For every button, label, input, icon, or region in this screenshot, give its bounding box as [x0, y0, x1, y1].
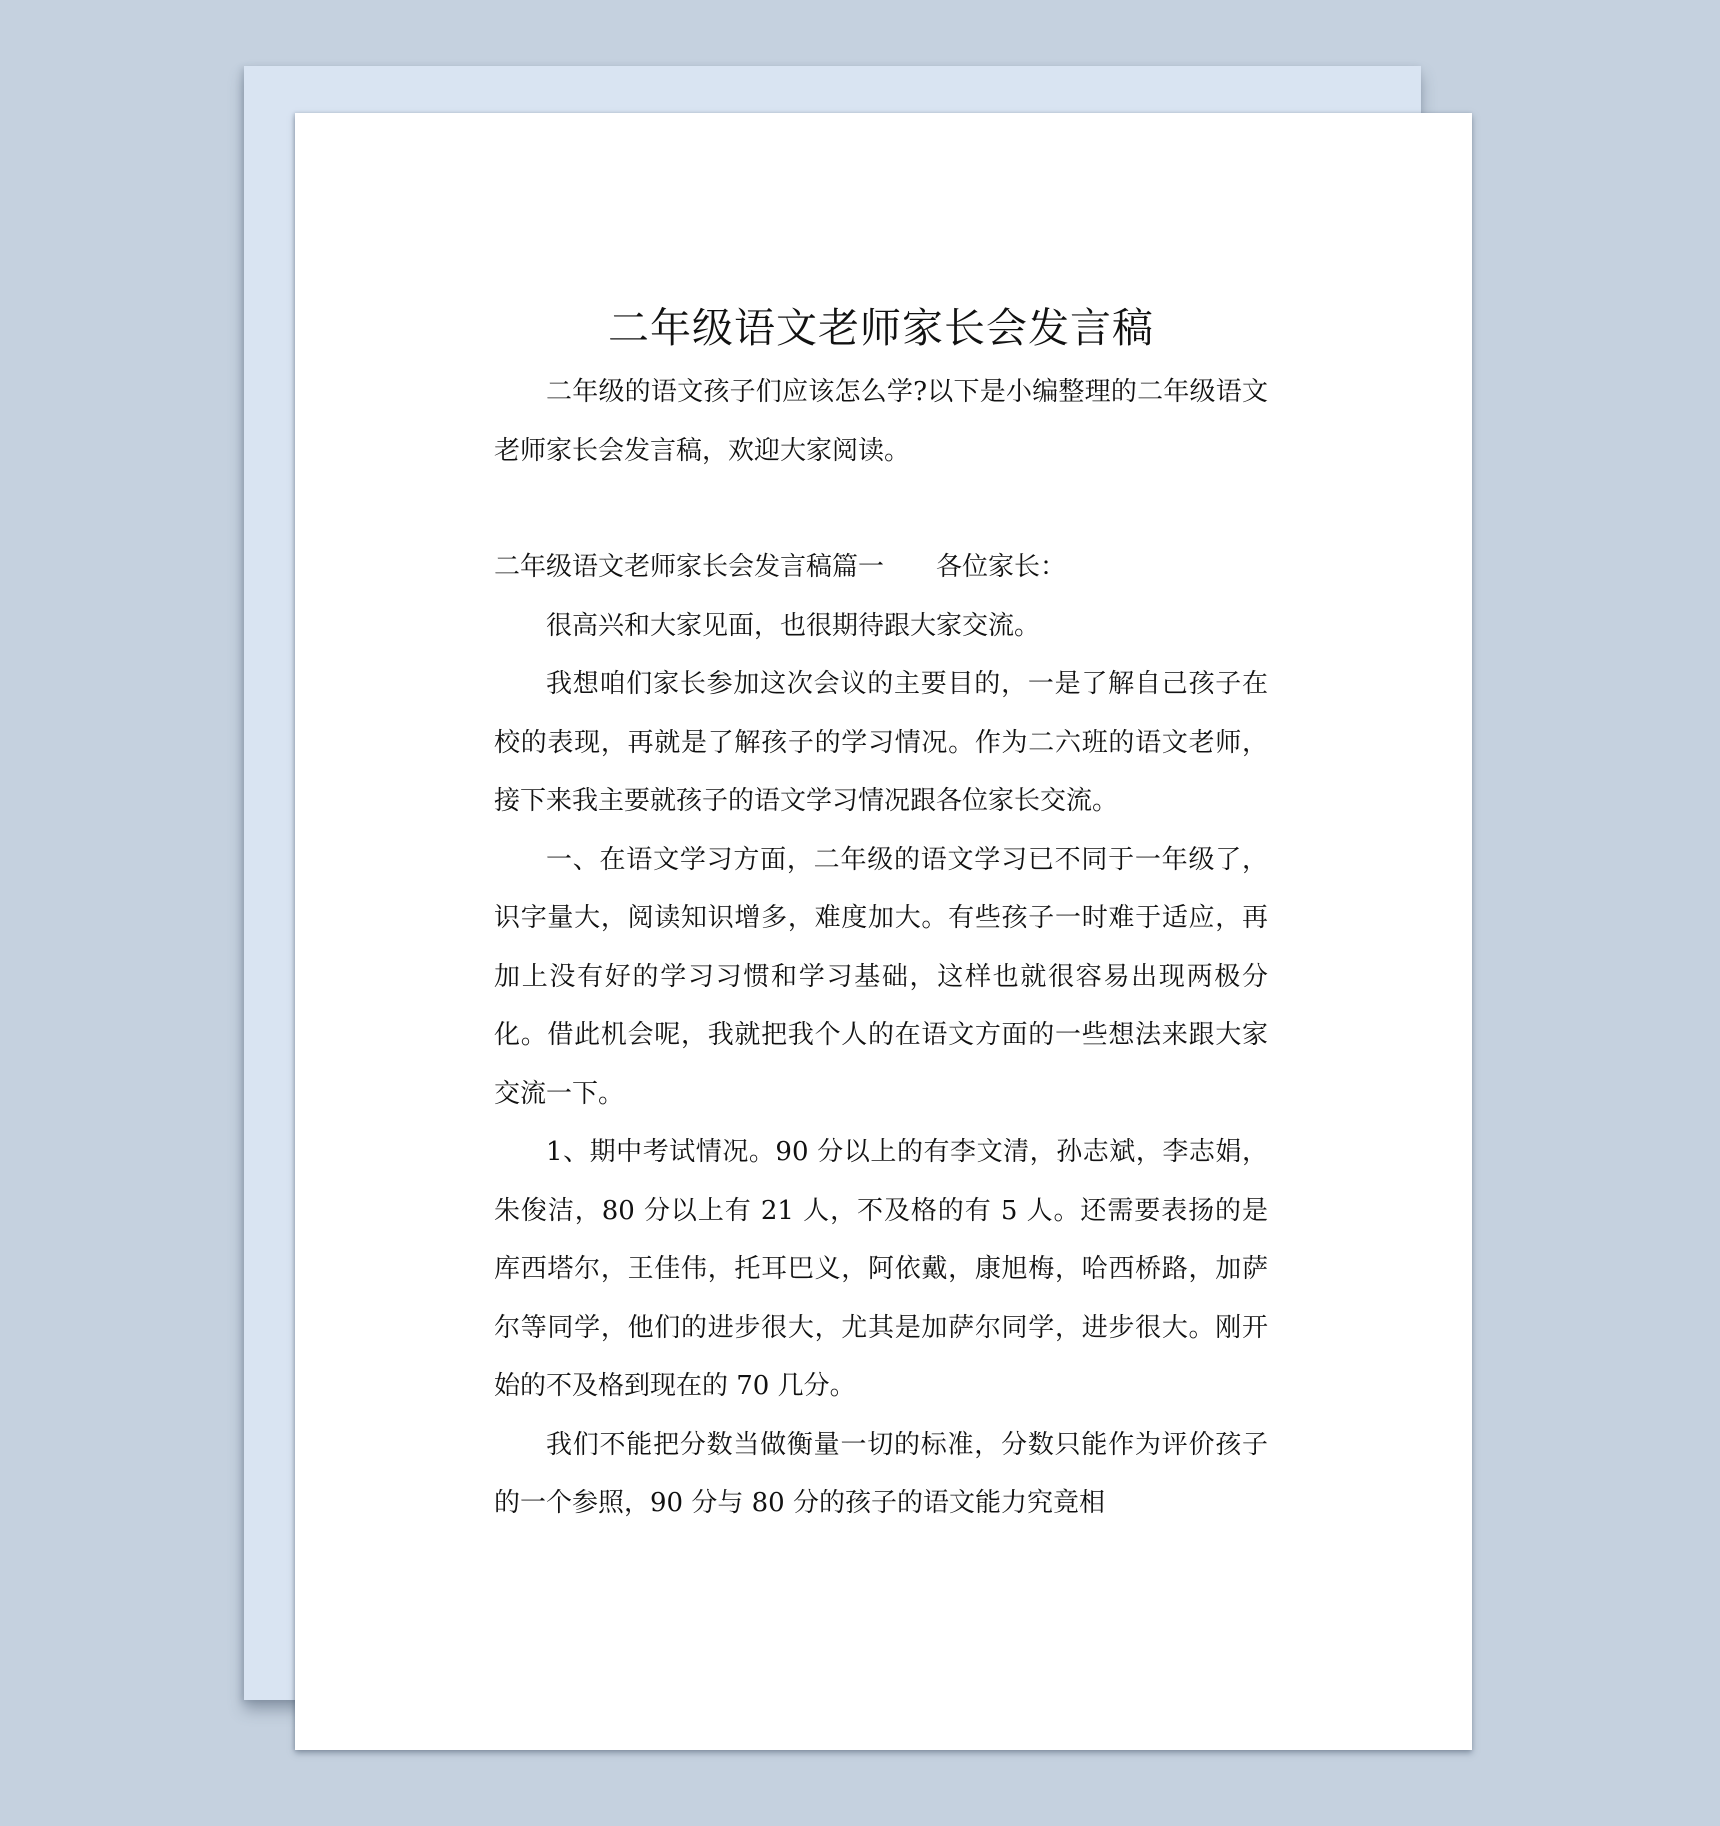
body-paragraph: 我们不能把分数当做衡量一切的标准，分数只能作为评价孩子的一个参照，90 分与 8…: [494, 1416, 1268, 1533]
body-paragraph: 一、在语文学习方面，二年级的语文学习已不同于一年级了，识字量大，阅读知识增多，难…: [494, 831, 1268, 1124]
blank-line: [494, 480, 1268, 538]
intro-paragraph: 二年级的语文孩子们应该怎么学?以下是小编整理的二年级语文老师家长会发言稿，欢迎大…: [494, 363, 1268, 480]
section-heading-paragraph: 二年级语文老师家长会发言稿篇一 各位家长：: [494, 538, 1268, 597]
body-paragraph: 我想咱们家长参加这次会议的主要目的，一是了解自己孩子在校的表现，再就是了解孩子的…: [494, 655, 1268, 831]
body-paragraph: 很高兴和大家见面，也很期待跟大家交流。: [494, 597, 1268, 656]
document-content: 二年级语文老师家长会发言稿 二年级的语文孩子们应该怎么学?以下是小编整理的二年级…: [494, 293, 1268, 1533]
document-title: 二年级语文老师家长会发言稿: [494, 293, 1268, 363]
front-page-sheet: 二年级语文老师家长会发言稿 二年级的语文孩子们应该怎么学?以下是小编整理的二年级…: [295, 113, 1472, 1750]
body-paragraph: 1、期中考试情况。90 分以上的有李文清，孙志斌，李志娟，朱俊洁，80 分以上有…: [494, 1123, 1268, 1416]
